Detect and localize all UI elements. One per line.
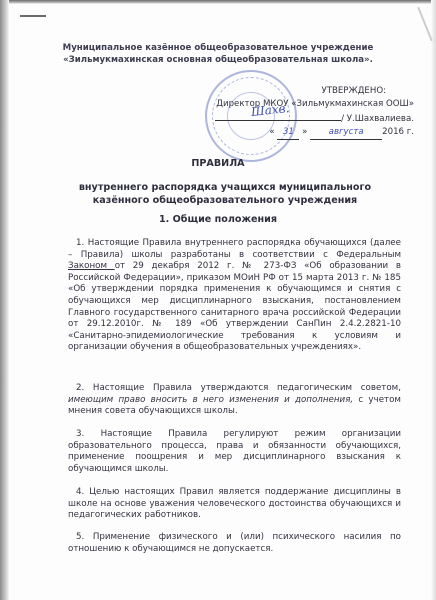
date-day: 31 [277, 126, 299, 140]
date-quote-open: « [269, 127, 274, 137]
paragraph-1: 1. Настоящие Правила внутреннего распоря… [68, 238, 401, 354]
approval-position: Директор МКОУ «Зильмукмахинская ООШ» [180, 98, 414, 111]
document-title: ПРАВИЛА [0, 158, 436, 169]
signature-field: Шахв. [215, 111, 341, 121]
approval-label: УТВЕРЖДЕНО: [180, 85, 414, 98]
paragraph-2-text-start: 2. Настоящие Правила утверждаются педаго… [76, 383, 401, 393]
scan-right-edge [431, 0, 436, 600]
date-month: августа [310, 126, 382, 140]
scan-left-edge [0, 0, 9, 600]
institution-header: Муниципальное казённое общеобразовательн… [0, 42, 436, 66]
signer-name: / У.Шахвалиева. [341, 114, 414, 124]
section-heading: 1. Общие положения [0, 214, 436, 225]
approval-block: УТВЕРЖДЕНО: Директор МКОУ «Зильмукмахинс… [180, 85, 414, 140]
date-year: 2016 г. [382, 127, 414, 137]
paragraph-4: 4. Целью настоящих Правил является подде… [68, 487, 401, 522]
paragraph-3: 3. Настоящие Правила регулируют режим ор… [68, 429, 401, 475]
paragraph-1-text-start: 1. Настоящие Правила внутреннего распоря… [68, 238, 401, 260]
institution-line-1: Муниципальное казённое общеобразовательн… [0, 42, 436, 54]
paragraph-5: 5. Применение физического и (или) психич… [68, 532, 401, 555]
paragraph-1-text-end: от 29 декабря 2012 г. № 273-ФЗ «Об образ… [68, 261, 401, 352]
signature-line: Шахв. / У.Шахвалиева. [180, 111, 414, 126]
approval-date: « 31 » августа2016 г. [180, 126, 414, 140]
paragraph-2-italic: имеющим право вносить в него изменения и… [68, 395, 353, 405]
paragraph-2: 2. Настоящие Правила утверждаются педаго… [68, 383, 401, 418]
handwritten-signature: Шахв. [251, 102, 291, 119]
paragraph-5-text: 5. Применение физического и (или) психич… [68, 532, 401, 554]
date-quote-close: » [302, 127, 307, 137]
law-link[interactable]: Законом [68, 261, 115, 271]
institution-line-2: «Зильмукмахинская основная общеобразоват… [0, 54, 436, 66]
scan-top-edge [0, 0, 436, 4]
paragraph-3-text: 3. Настоящие Правила регулируют режим ор… [68, 429, 401, 474]
document-subtitle: внутреннего распорядка учащихся муниципа… [50, 181, 400, 207]
pen-dash-mark [20, 15, 46, 17]
paragraph-4-text: 4. Целью настоящих Правил является подде… [68, 487, 401, 520]
